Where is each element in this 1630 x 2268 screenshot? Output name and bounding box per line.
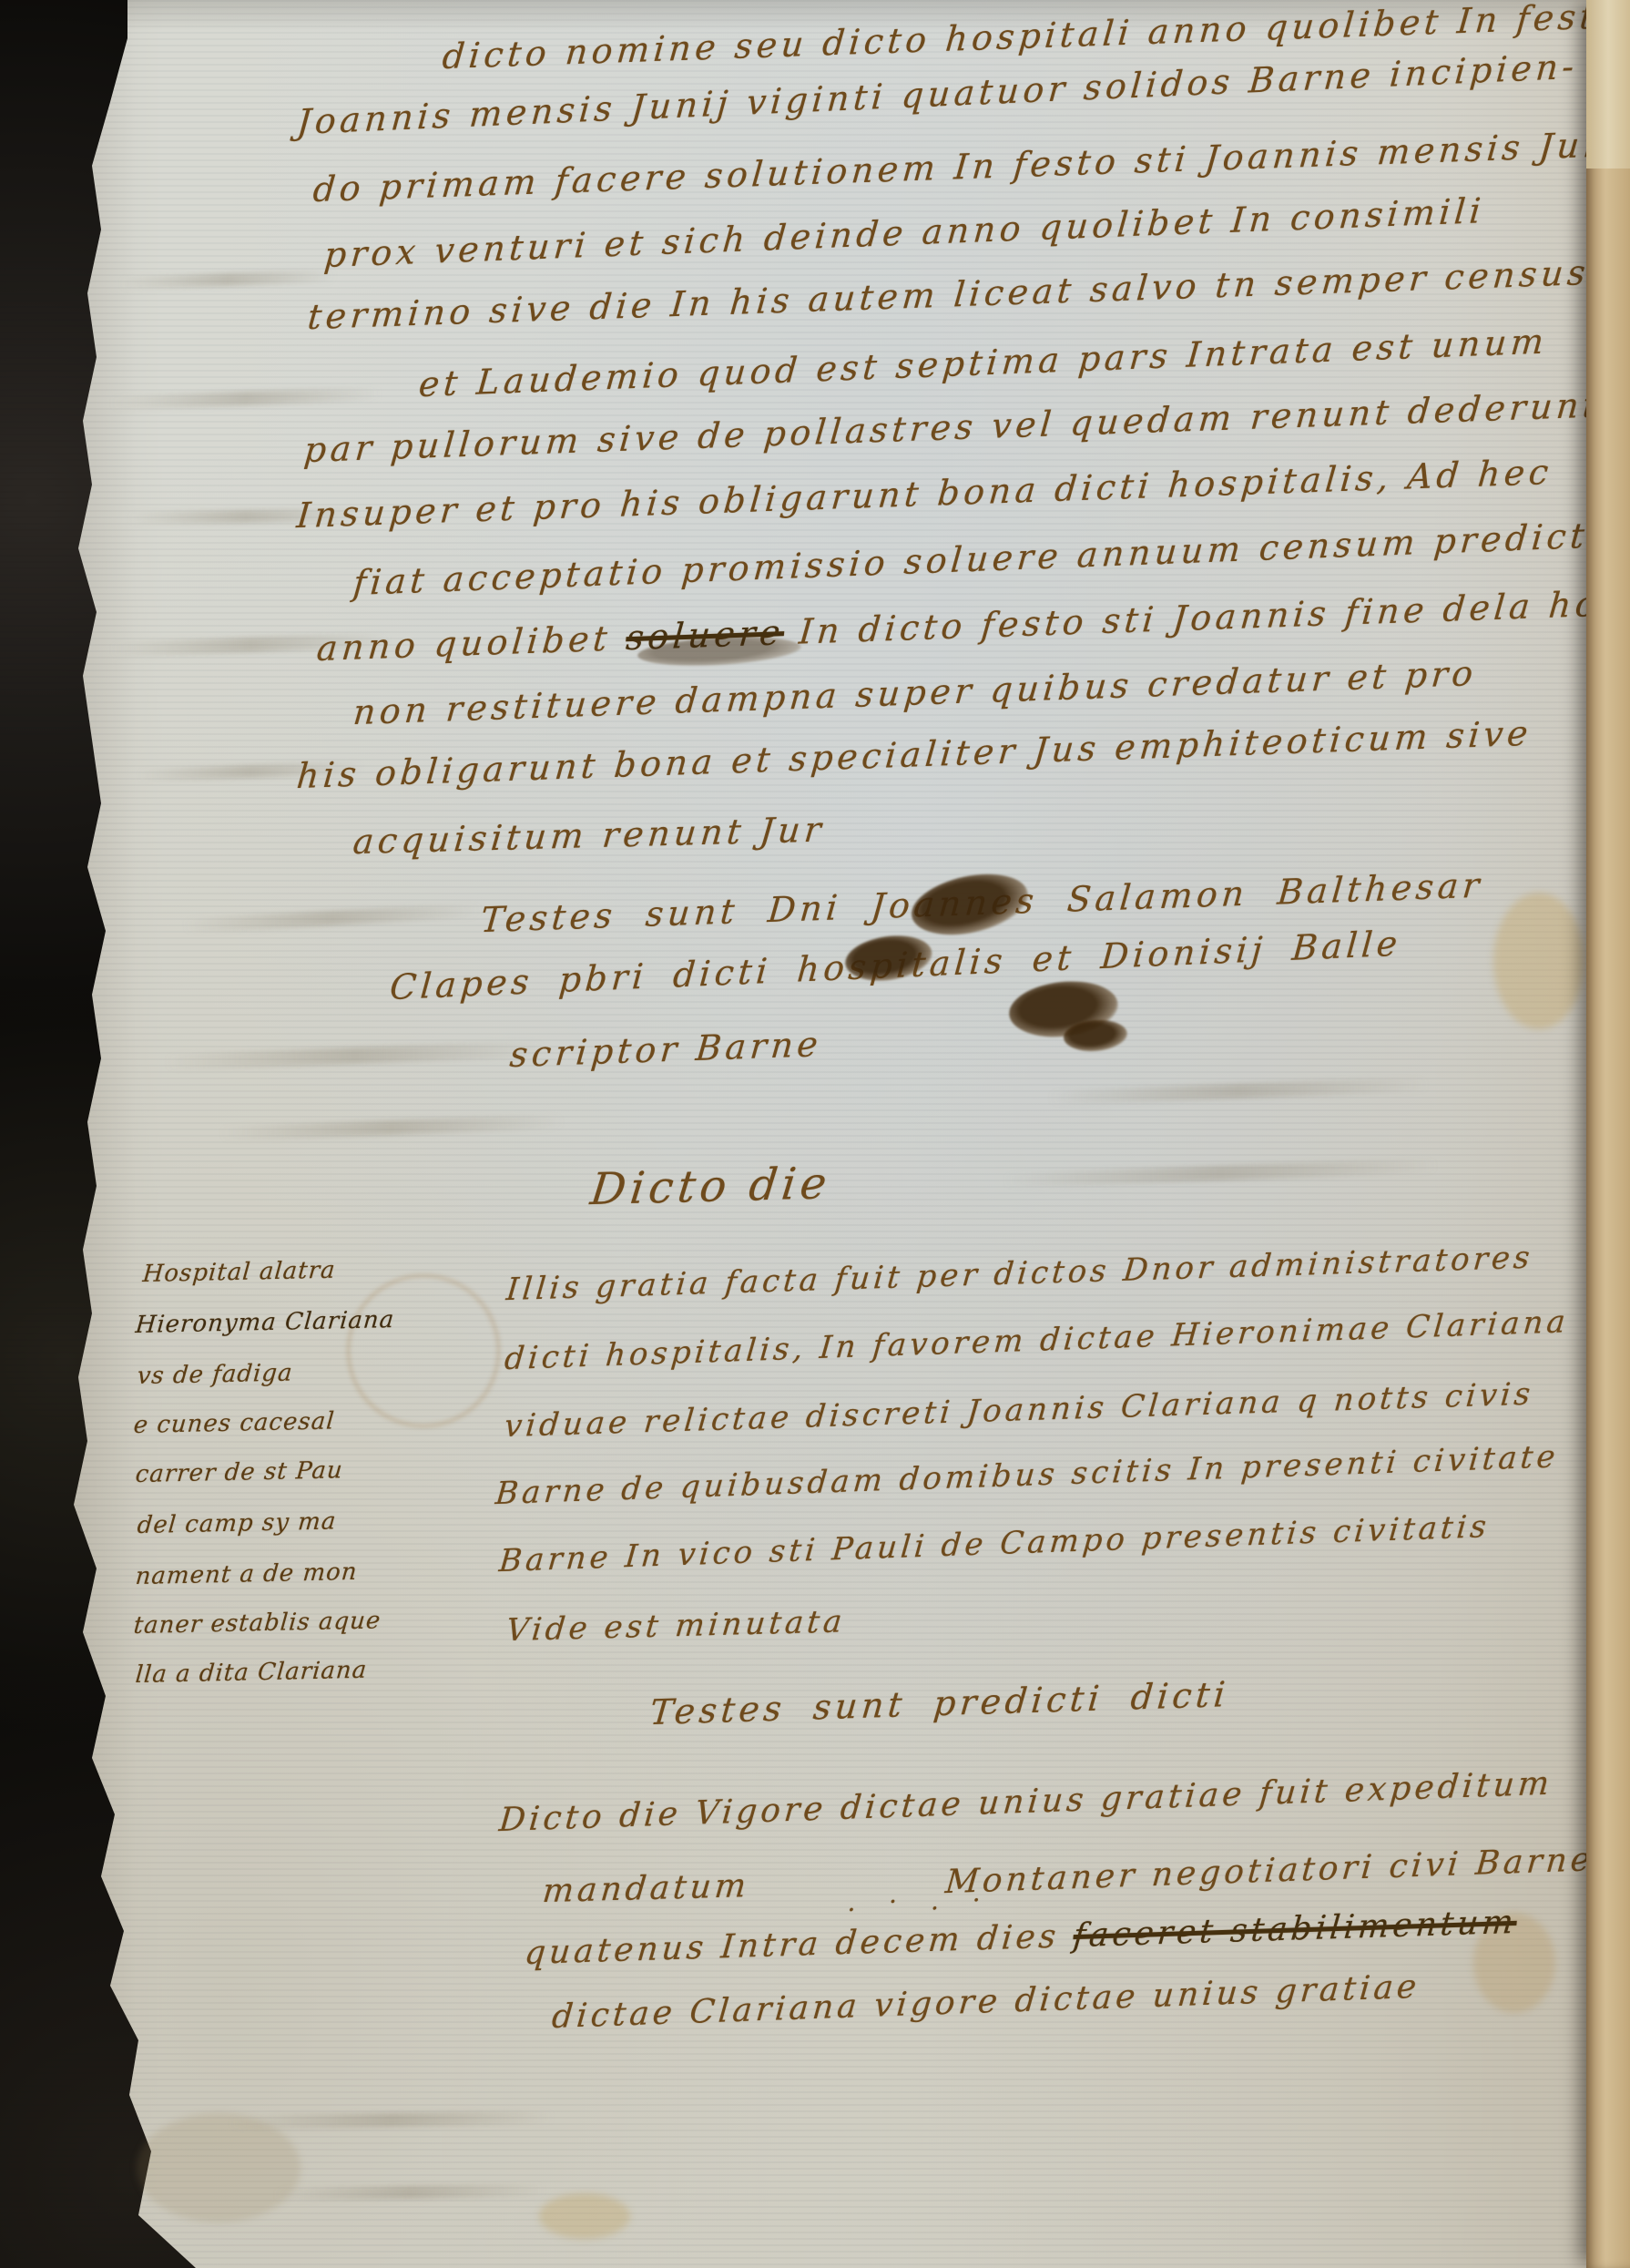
margin-note-line: nament a de mon xyxy=(134,1558,358,1590)
scanned-manuscript-page: { "colors": { "ink": "#6e4a1c", "ink_dar… xyxy=(0,0,1630,2268)
next-folio-edge xyxy=(1586,0,1630,2268)
paper-stain xyxy=(539,2193,630,2239)
margin-note-line: lla a dita Clariana xyxy=(134,1657,368,1689)
margin-note-line: Hospital alatra xyxy=(141,1257,336,1288)
margin-note-line: e cunes cacesal xyxy=(132,1407,335,1439)
margin-note-line: taner establis aque xyxy=(132,1607,382,1640)
next-folio-edge-top xyxy=(1586,0,1630,169)
margin-note-line: Hieronyma Clariana xyxy=(134,1306,395,1339)
day-heading: Dicto die xyxy=(588,1158,834,1215)
manuscript-line: mandatum xyxy=(541,1867,751,1910)
paper-stain xyxy=(137,2113,301,2222)
margin-note-line: del camp sy ma xyxy=(136,1507,337,1539)
margin-note-line: carrer de st Pau xyxy=(134,1456,343,1488)
ink-ring-stain xyxy=(346,1273,501,1428)
margin-note-line: vs de fadiga xyxy=(136,1359,293,1390)
paper-stain xyxy=(1493,893,1584,1029)
